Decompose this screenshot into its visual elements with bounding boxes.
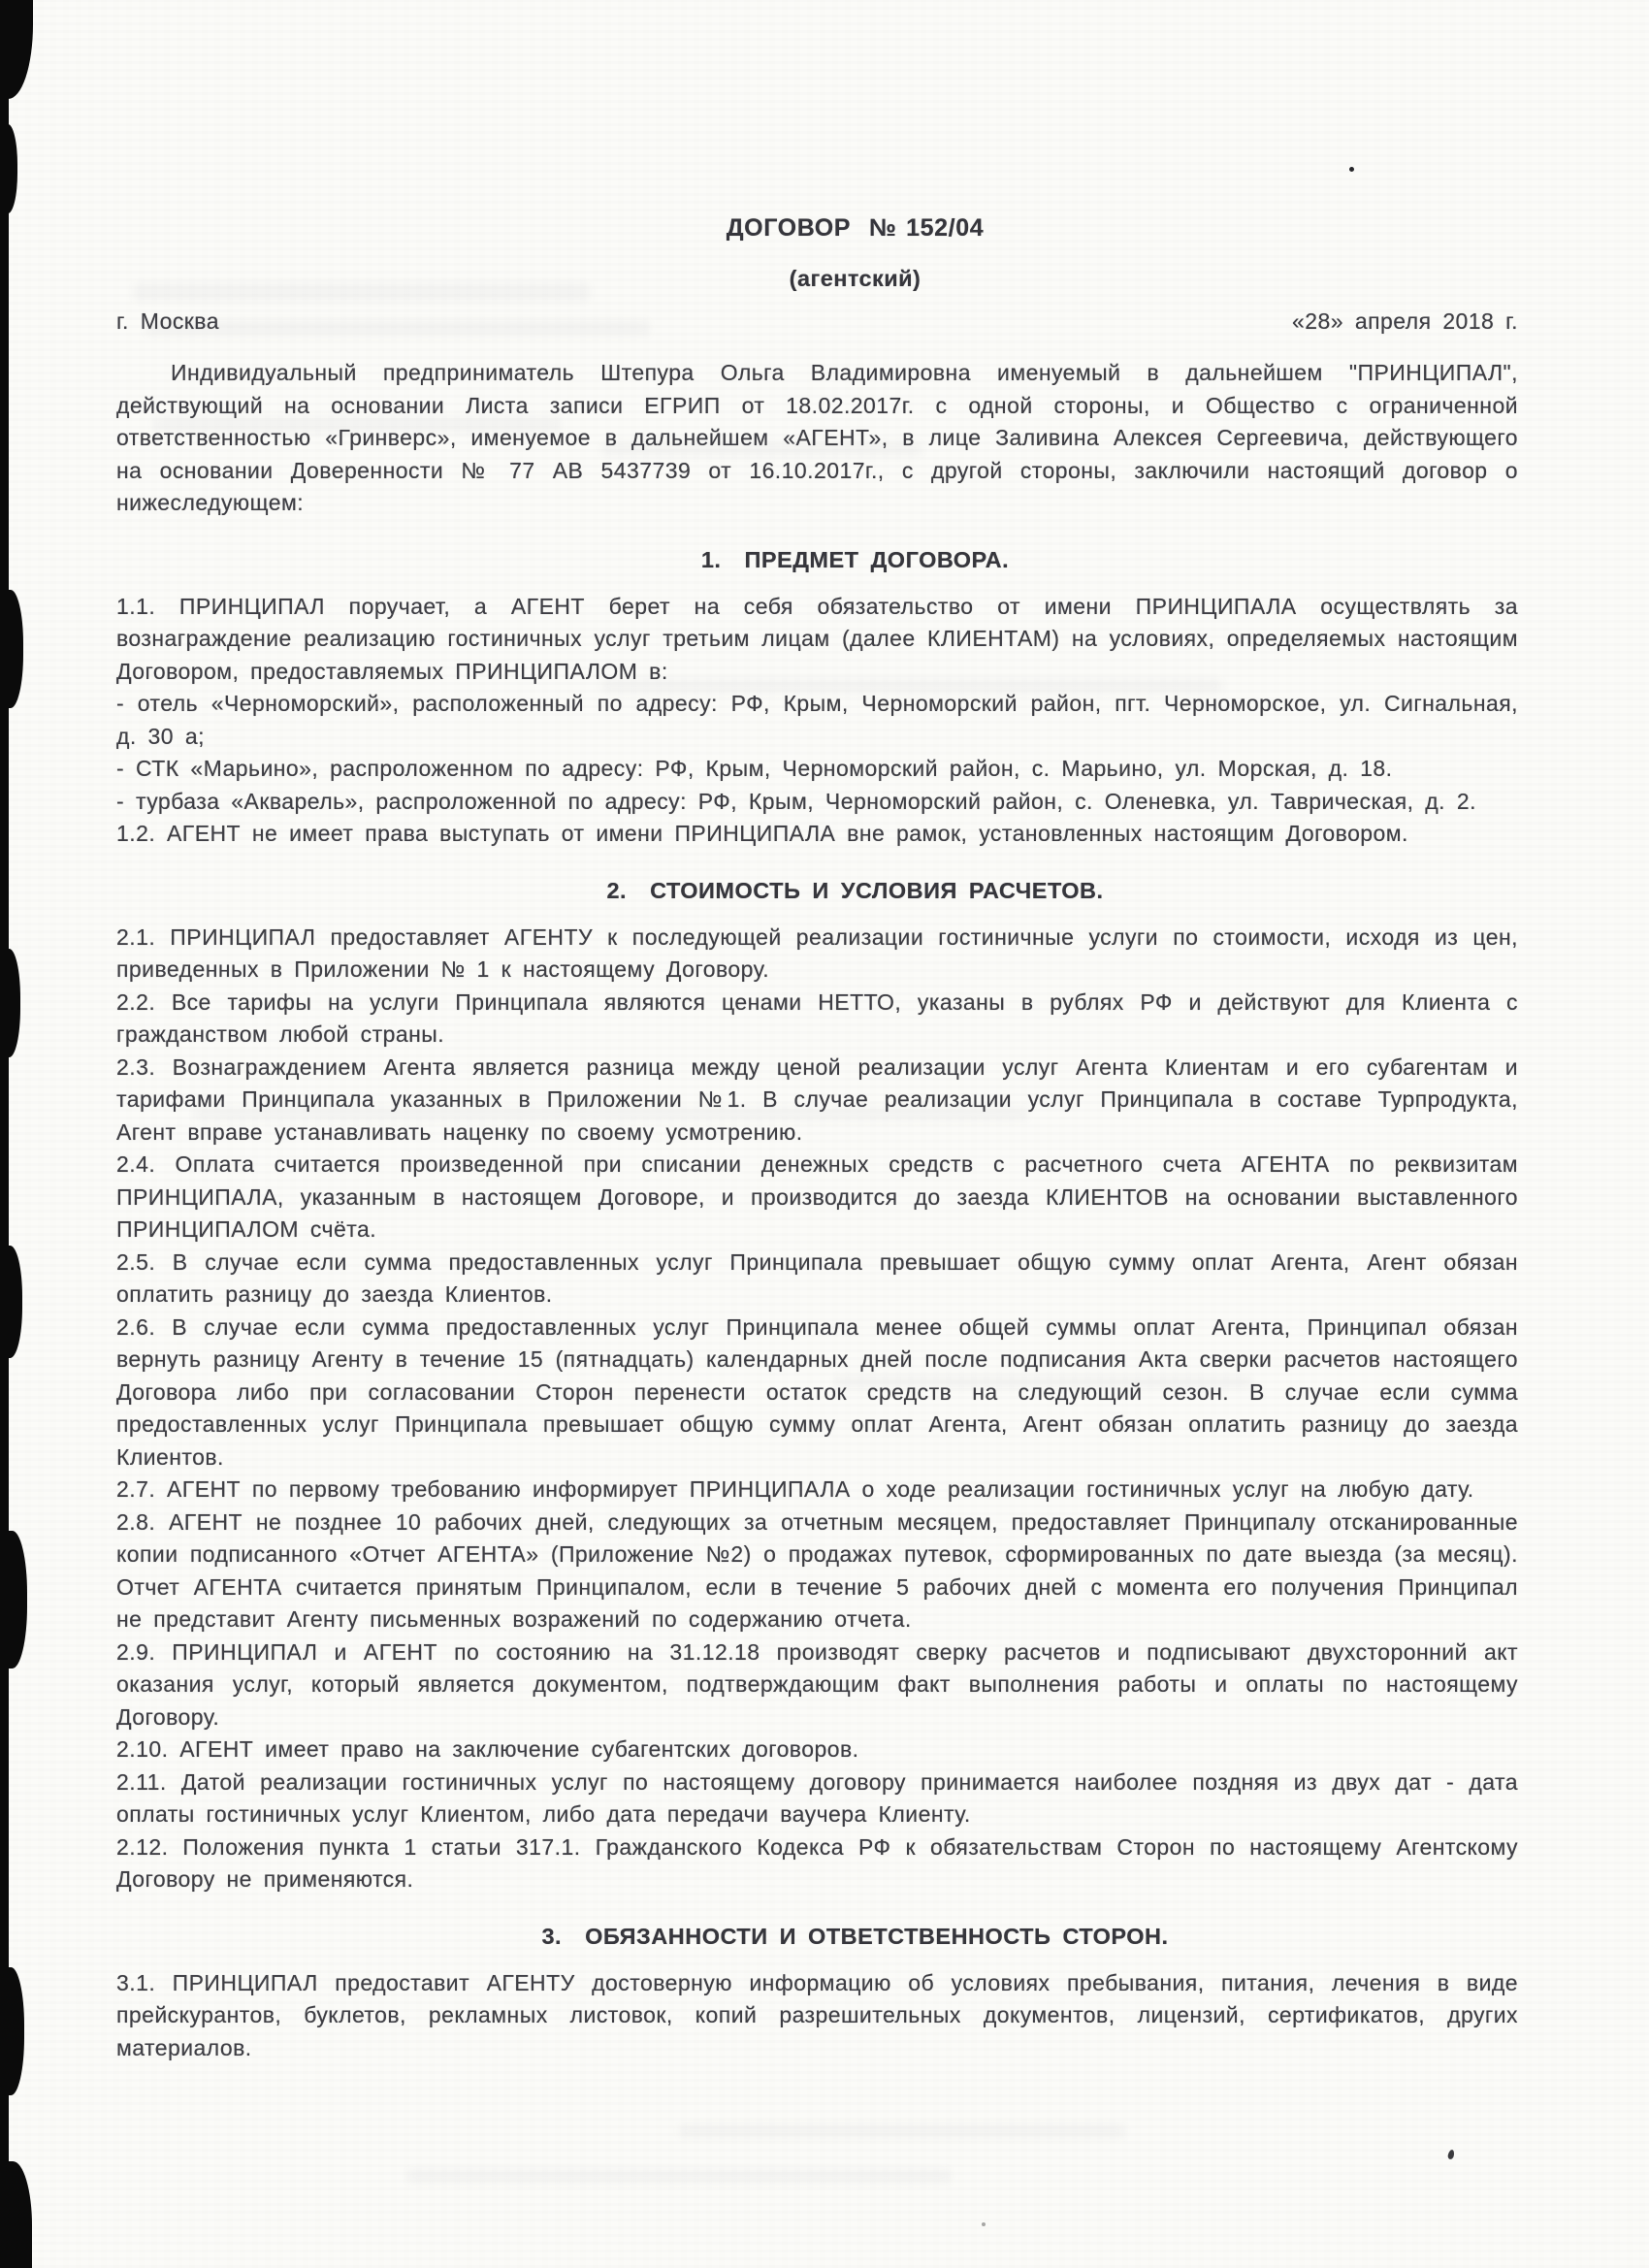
scan-edge-blob [0,1531,27,1669]
contract-clause: - турбаза «Акварель», распроложенной по … [116,786,1518,819]
section-heading: 1.ПРЕДМЕТ ДОГОВОРА. [116,545,1518,574]
scan-edge-blob [0,590,23,708]
contract-page: ДОГОВОР № 152/04 (агентский) г. Москва «… [0,0,1649,2268]
contract-clause: 3.1. ПРИНЦИПАЛ предоставит АГЕНТУ достов… [116,1967,1518,2065]
contract-clause: 2.12. Положения пункта 1 статьи 317.1. Г… [116,1831,1518,1896]
contract-clause: 2.3. Вознаграждением Агента является раз… [116,1052,1518,1150]
scan-edge-shadow [0,0,9,2268]
scan-speck [982,2222,986,2226]
scan-speck [1349,167,1354,172]
contract-clause: 2.2. Все тарифы на услуги Принципала явл… [116,987,1518,1052]
section-number: 2. [606,878,627,903]
intro-paragraph: Индивидуальный предприниматель Штепура О… [116,357,1518,520]
section-title: СТОИМОСТЬ И УСЛОВИЯ РАСЧЕТОВ. [650,878,1103,903]
scan-edge-blob [0,2161,32,2268]
city-date-row: г. Москва «28» апреля 2018 г. [116,308,1518,335]
contract-clause: - СТК «Марьино», распроложенном по адрес… [116,753,1518,786]
section-title: ПРЕДМЕТ ДОГОВОРА. [744,547,1009,572]
scan-edge-blob [0,0,33,99]
contract-clause: 2.4. Оплата считается произведенной при … [116,1149,1518,1247]
scan-edge-blob [0,124,17,213]
contract-clause: 2.1. ПРИНЦИПАЛ предоставляет АГЕНТУ к по… [116,922,1518,987]
scan-edge-blob [0,1246,22,1358]
contract-section: 2.СТОИМОСТЬ И УСЛОВИЯ РАСЧЕТОВ.2.1. ПРИН… [116,876,1518,1896]
contract-clause: 2.11. Датой реализации гостиничных услуг… [116,1766,1518,1831]
date-label: «28» апреля 2018 г. [1292,308,1518,335]
section-number: 1. [701,547,722,572]
contract-clause: 2.8. АГЕНТ не позднее 10 рабочих дней, с… [116,1507,1518,1636]
contract-clause: 2.7. АГЕНТ по первому требованию информи… [116,1474,1518,1507]
section-heading: 3.ОБЯЗАННОСТИ И ОТВЕТСТВЕННОСТЬ СТОРОН. [116,1922,1518,1951]
document-subtitle: (агентский) [116,265,1518,293]
document-title: ДОГОВОР № 152/04 [116,213,1518,243]
contract-section: 1.ПРЕДМЕТ ДОГОВОРА.1.1. ПРИНЦИПАЛ поруча… [116,545,1518,851]
sections-container: 1.ПРЕДМЕТ ДОГОВОРА.1.1. ПРИНЦИПАЛ поруча… [116,545,1518,2065]
document-body: ДОГОВОР № 152/04 (агентский) г. Москва «… [116,213,1518,2064]
bleed-through-ghost [679,2124,1125,2138]
scan-edge-blob [0,1967,24,2095]
contract-clause: 2.5. В случае если сумма предоставленных… [116,1247,1518,1312]
bleed-through-ghost [407,2169,951,2183]
contract-clause: 2.10. АГЕНТ имеет право на заключение су… [116,1733,1518,1766]
contract-clause: - отель «Черноморский», расположенный по… [116,688,1518,753]
scan-edge-blob [0,949,20,1057]
contract-clause: 1.2. АГЕНТ не имеет права выступать от и… [116,818,1518,851]
contract-section: 3.ОБЯЗАННОСТИ И ОТВЕТСТВЕННОСТЬ СТОРОН.3… [116,1922,1518,2065]
contract-clause: 1.1. ПРИНЦИПАЛ поручает, а АГЕНТ берет н… [116,591,1518,689]
section-title: ОБЯЗАННОСТИ И ОТВЕТСТВЕННОСТЬ СТОРОН. [585,1924,1168,1949]
scan-speck [1447,2149,1455,2159]
section-number: 3. [541,1924,562,1949]
city-label: г. Москва [116,308,219,335]
section-heading: 2.СТОИМОСТЬ И УСЛОВИЯ РАСЧЕТОВ. [116,876,1518,905]
contract-clause: 2.9. ПРИНЦИПАЛ и АГЕНТ по состоянию на 3… [116,1636,1518,1734]
contract-clause: 2.6. В случае если сумма предоставленных… [116,1312,1518,1474]
